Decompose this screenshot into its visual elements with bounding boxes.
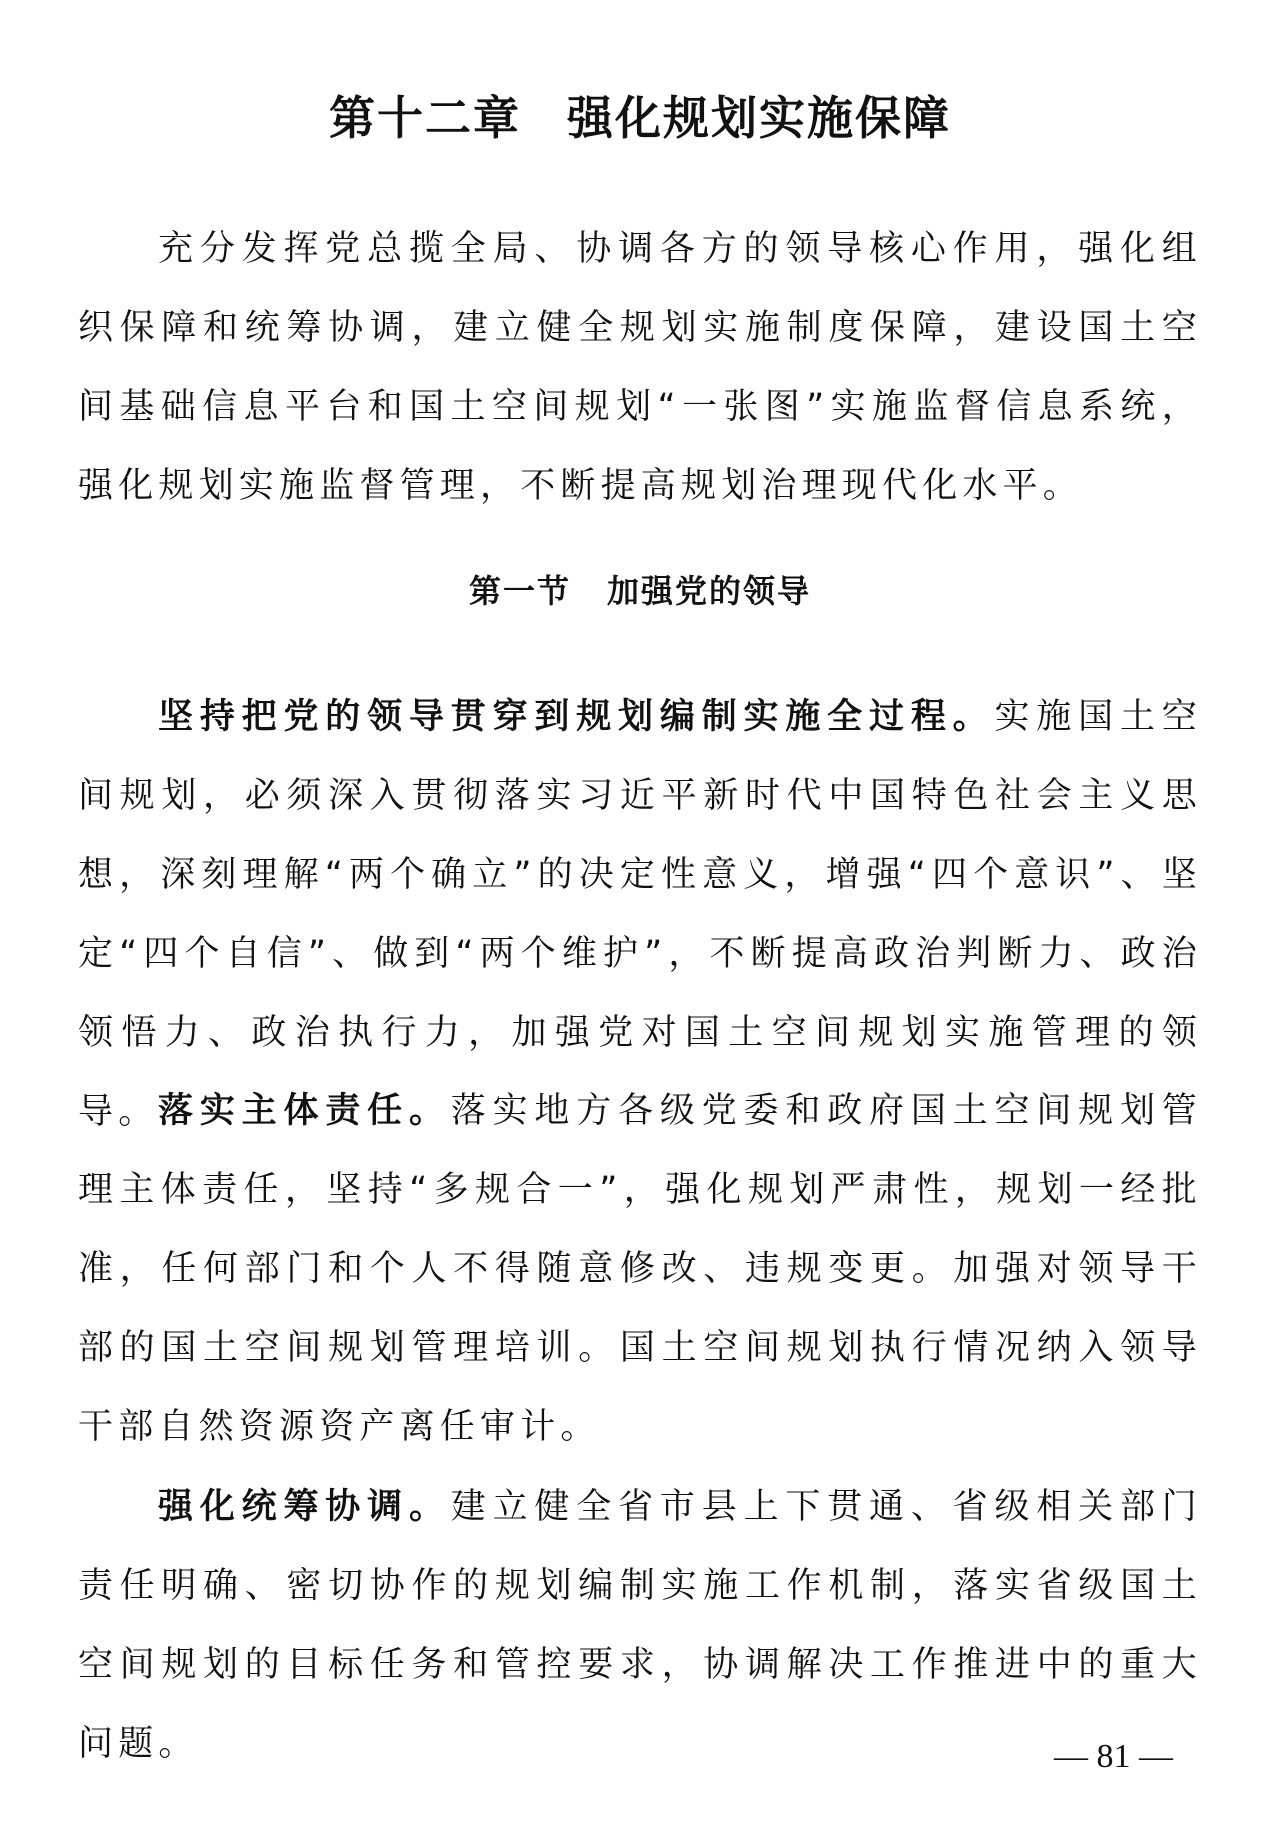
chapter-number: 第十二章 [329,91,521,145]
section-name: 加强党的领导 [607,572,811,610]
paragraph-lead: 坚持把党的领导贯穿到规划编制实施全过程。 [158,697,994,737]
paragraph-lead: 强化统筹协调。 [158,1487,451,1527]
body-paragraph-coordination: 强化统筹协调。建立健全省市县上下贯通、省级相关部门责任明确、密切协作的规划编制实… [78,1468,1202,1784]
paragraph-body: 落实地方各级党委和政府国土空间规划管理主体责任，坚持“多规合一”，强化规划严肃性… [78,1091,1202,1447]
chapter-title: 第十二章强化规划实施保障 [0,82,1280,148]
section-title: 第一节加强党的领导 [0,566,1280,612]
section-number: 第一节 [469,572,571,610]
paragraph-body: 实施国土空间规划，必须深入贯彻落实习近平新时代中国特色社会主义思想，深刻理解“两… [78,697,1202,1132]
body-paragraph-responsibility: 落实主体责任。落实地方各级党委和政府国土空间规划管理主体责任，坚持“多规合一”，… [78,1072,1202,1467]
document-page: 第十二章强化规划实施保障 充分发挥党总揽全局、协调各方的领导核心作用，强化组织保… [0,0,1280,1846]
intro-paragraph: 充分发挥党总揽全局、协调各方的领导核心作用，强化组织保障和统筹协调，建立健全规划… [78,210,1202,526]
paragraph-body: 建立健全省市县上下贯通、省级相关部门责任明确、密切协作的规划编制实施工作机制，落… [78,1487,1202,1764]
paragraph-lead: 落实主体责任。 [158,1091,451,1131]
chapter-name: 强化规划实施保障 [567,91,951,145]
page-number: — 81 — [1054,1738,1173,1776]
